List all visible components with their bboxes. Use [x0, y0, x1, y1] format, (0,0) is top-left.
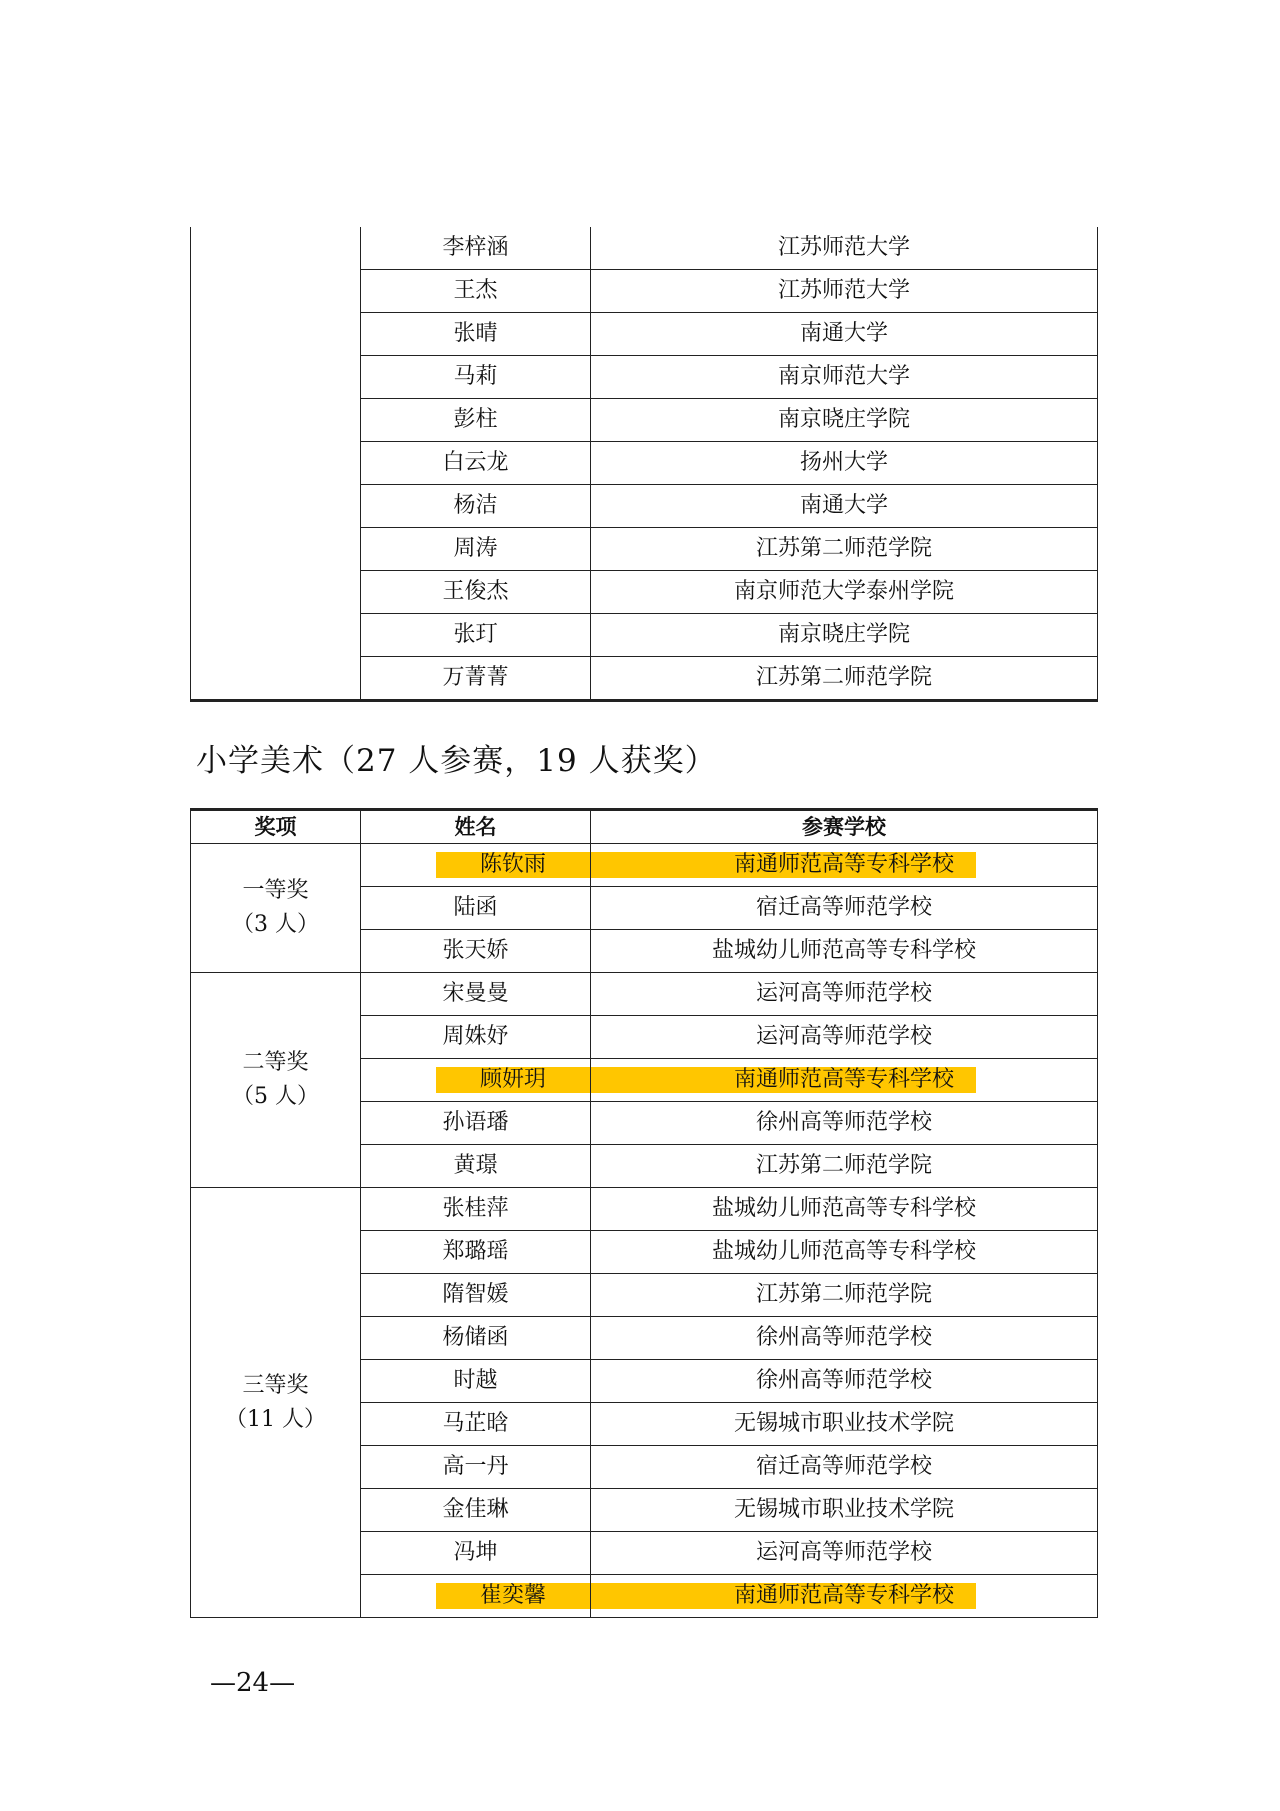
award-cell-second: 二等奖 （5 人）: [191, 973, 361, 1188]
school-cell: 徐州高等师范学校: [591, 1102, 1098, 1145]
name-cell: 万菁菁: [361, 657, 591, 701]
table-row: 三等奖 （11 人） 张桂萍 盐城幼儿师范高等专科学校: [191, 1188, 1098, 1231]
name-cell: 孙语璠: [361, 1102, 591, 1145]
school-cell: 盐城幼儿师范高等专科学校: [591, 1231, 1098, 1274]
school-cell: 无锡城市职业技术学院: [591, 1403, 1098, 1446]
name-cell: 时越: [361, 1360, 591, 1403]
header-name: 姓名: [361, 810, 591, 844]
award-count: （3 人）: [191, 908, 360, 942]
name-cell: 张天娇: [361, 930, 591, 973]
school-cell: 南通大学: [591, 313, 1098, 356]
name-cell: 周涛: [361, 528, 591, 571]
award-label: 二等奖: [191, 1046, 360, 1080]
school-cell: 江苏第二师范学院: [591, 1274, 1098, 1317]
table-row: 二等奖 （5 人） 宋曼曼 运河高等师范学校: [191, 973, 1098, 1016]
table-header-row: 奖项 姓名 参赛学校: [191, 810, 1098, 844]
school-cell: 江苏第二师范学院: [591, 657, 1098, 701]
school-cell: 运河高等师范学校: [591, 1016, 1098, 1059]
name-cell: 张桂萍: [361, 1188, 591, 1231]
name-cell: 张玎: [361, 614, 591, 657]
award-cell-continued: [191, 227, 361, 701]
school-cell-highlighted: 南通师范高等专科学校: [591, 1059, 1098, 1102]
name-cell: 王俊杰: [361, 571, 591, 614]
school-cell: 运河高等师范学校: [591, 1532, 1098, 1575]
school-cell: 宿迁高等师范学校: [591, 887, 1098, 930]
name-cell: 金佳琳: [361, 1489, 591, 1532]
section-title: 小学美术（27 人参赛，19 人获奖）: [196, 735, 717, 780]
school-cell: 扬州大学: [591, 442, 1098, 485]
name-cell: 王杰: [361, 270, 591, 313]
name-cell: 宋曼曼: [361, 973, 591, 1016]
school-cell: 盐城幼儿师范高等专科学校: [591, 1188, 1098, 1231]
school-cell-highlighted: 南通师范高等专科学校: [591, 1575, 1098, 1618]
award-cell-first: 一等奖 （3 人）: [191, 844, 361, 973]
school-cell: 南京晓庄学院: [591, 614, 1098, 657]
primary-art-award-table: 奖项 姓名 参赛学校 一等奖 （3 人） 陈钦雨 南通师范高等专科学校 陆函 宿…: [190, 808, 1098, 1618]
school-cell: 徐州高等师范学校: [591, 1360, 1098, 1403]
school-cell: 无锡城市职业技术学院: [591, 1489, 1098, 1532]
school-cell: 宿迁高等师范学校: [591, 1446, 1098, 1489]
school-cell: 南通大学: [591, 485, 1098, 528]
award-label: 一等奖: [191, 874, 360, 908]
name-cell: 马莉: [361, 356, 591, 399]
name-cell: 黄璟: [361, 1145, 591, 1188]
name-cell: 冯坤: [361, 1532, 591, 1575]
name-cell-highlighted: 顾妍玥: [361, 1059, 591, 1102]
school-cell: 江苏第二师范学院: [591, 1145, 1098, 1188]
name-cell: 马芷晗: [361, 1403, 591, 1446]
school-cell: 南京师范大学泰州学院: [591, 571, 1098, 614]
header-school: 参赛学校: [591, 810, 1098, 844]
name-cell: 高一丹: [361, 1446, 591, 1489]
school-cell: 江苏师范大学: [591, 270, 1098, 313]
name-cell: 彭柱: [361, 399, 591, 442]
school-cell: 徐州高等师范学校: [591, 1317, 1098, 1360]
name-cell: 周姝妤: [361, 1016, 591, 1059]
name-cell: 郑璐瑶: [361, 1231, 591, 1274]
table-row: 李梓涵 江苏师范大学: [191, 227, 1098, 270]
continued-award-table: 李梓涵 江苏师范大学 王杰 江苏师范大学 张晴 南通大学 马莉 南京师范大学 彭…: [190, 227, 1098, 702]
page-number: —24—: [210, 1668, 295, 1698]
school-cell-highlighted: 南通师范高等专科学校: [591, 844, 1098, 887]
award-cell-third: 三等奖 （11 人）: [191, 1188, 361, 1618]
school-cell: 南京师范大学: [591, 356, 1098, 399]
school-cell: 江苏师范大学: [591, 227, 1098, 270]
name-cell: 李梓涵: [361, 227, 591, 270]
school-cell: 盐城幼儿师范高等专科学校: [591, 930, 1098, 973]
name-cell: 隋智媛: [361, 1274, 591, 1317]
award-count: （5 人）: [191, 1080, 360, 1114]
name-cell: 杨储函: [361, 1317, 591, 1360]
school-cell: 南京晓庄学院: [591, 399, 1098, 442]
name-cell-highlighted: 崔奕馨: [361, 1575, 591, 1618]
school-cell: 江苏第二师范学院: [591, 528, 1098, 571]
table-row: 一等奖 （3 人） 陈钦雨 南通师范高等专科学校: [191, 844, 1098, 887]
name-cell: 白云龙: [361, 442, 591, 485]
name-cell: 杨洁: [361, 485, 591, 528]
header-award: 奖项: [191, 810, 361, 844]
award-label: 三等奖: [191, 1369, 360, 1403]
school-cell: 运河高等师范学校: [591, 973, 1098, 1016]
name-cell: 张晴: [361, 313, 591, 356]
award-count: （11 人）: [191, 1403, 360, 1437]
name-cell: 陆函: [361, 887, 591, 930]
name-cell-highlighted: 陈钦雨: [361, 844, 591, 887]
